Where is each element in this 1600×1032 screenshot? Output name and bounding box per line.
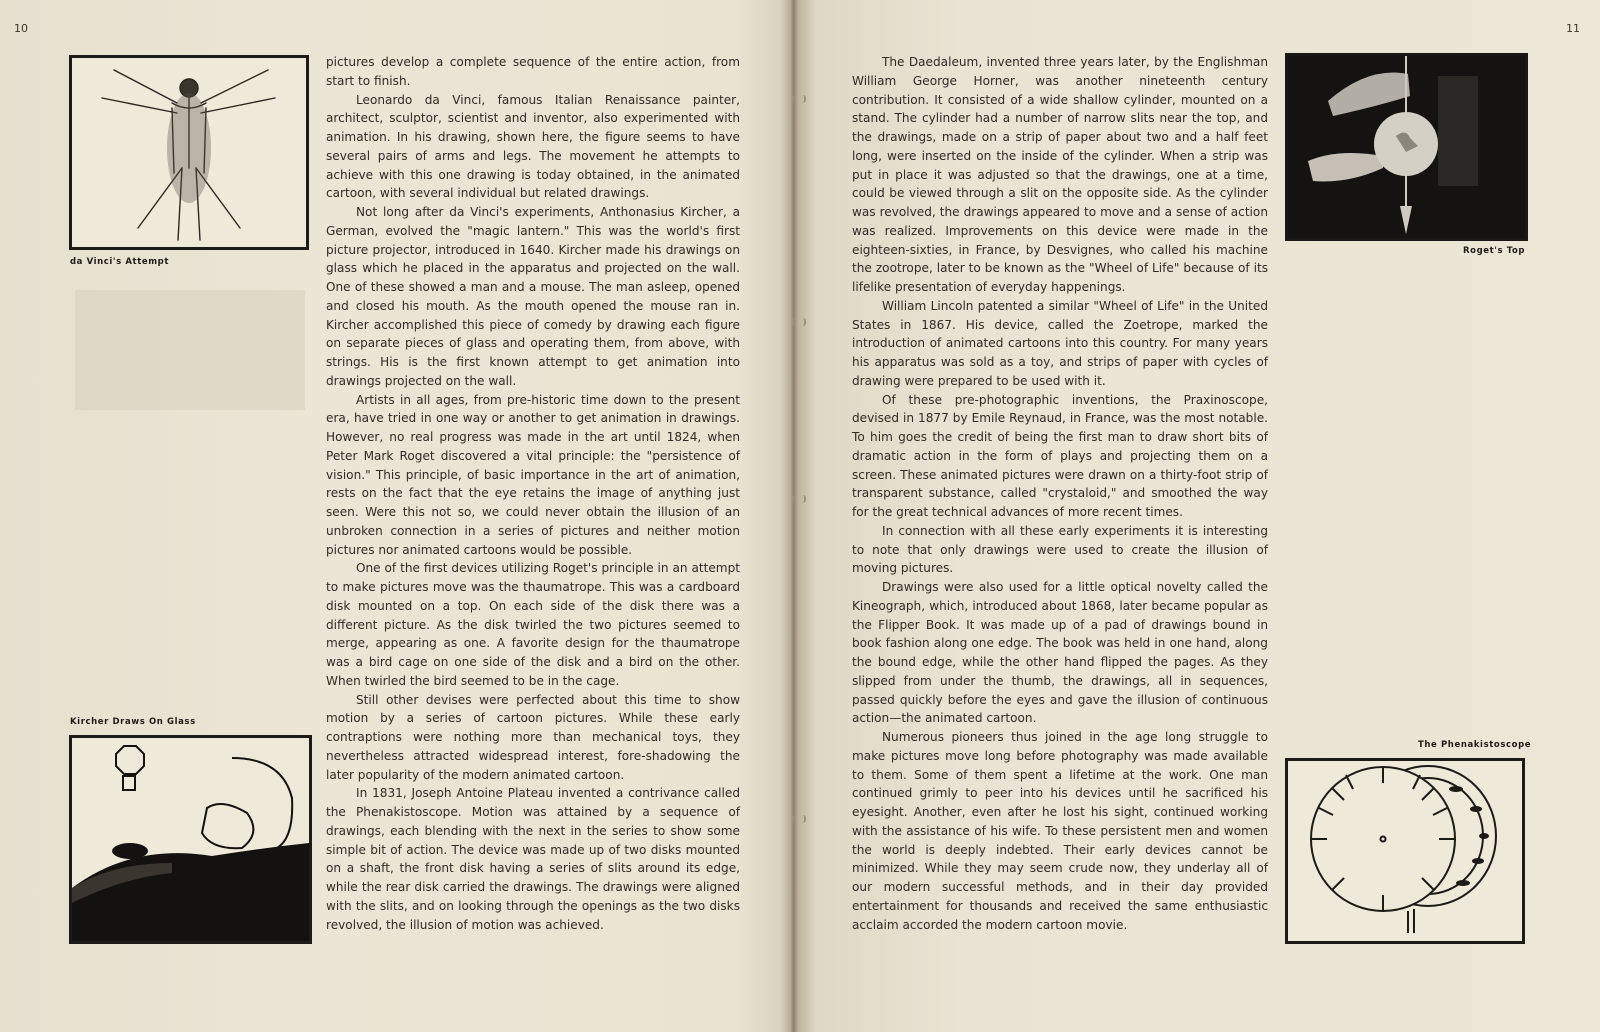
sleeping-man-mouse-icon [72, 738, 309, 941]
da-vinci-caption: da Vinci's Attempt [70, 257, 169, 267]
paragraph: Drawings were also used for a little opt… [852, 578, 1268, 728]
paragraph: In 1831, Joseph Antoine Plateau invented… [326, 784, 740, 934]
paragraph: pictures develop a complete sequence of … [326, 53, 740, 91]
binding-stitch [792, 95, 806, 103]
paragraph: Artists in all ages, from pre-historic t… [326, 391, 740, 560]
binding-stitch [792, 495, 806, 503]
page-number-right: 11 [1566, 22, 1580, 35]
paragraph: Still other devises were perfected about… [326, 691, 740, 785]
paragraph: Leonardo da Vinci, famous Italian Renais… [326, 91, 740, 204]
roget-top-figure [1285, 53, 1528, 241]
roget-top-caption: Roget's Top [1463, 246, 1525, 256]
spinning-top-icon [1288, 56, 1525, 238]
paragraph: One of the first devices utilizing Roget… [326, 559, 740, 690]
paragraph: Numerous pioneers thus joined in the age… [852, 728, 1268, 934]
da-vinci-figure [69, 55, 309, 250]
binding-stitch [792, 815, 806, 823]
left-page-text: pictures develop a complete sequence of … [326, 53, 740, 934]
phenakistoscope-caption: The Phenakistoscope [1418, 740, 1531, 750]
binding-stitch [792, 318, 806, 326]
kircher-caption: Kircher Draws On Glass [70, 717, 196, 727]
vitruvian-man-icon [72, 58, 306, 247]
paragraph: Not long after da Vinci's experiments, A… [326, 203, 740, 391]
right-page-text: The Daedaleum, invented three years late… [852, 53, 1268, 934]
book-spread: 10 11 da Vinci's Attempt Kircher Draws O… [0, 0, 1600, 1032]
paragraph: William Lincoln patented a similar "Whee… [852, 297, 1268, 391]
paragraph: The Daedaleum, invented three years late… [852, 53, 1268, 297]
phenakistoscope-figure [1285, 758, 1525, 944]
slotted-disk-icon [1288, 761, 1522, 941]
page-number-left: 10 [14, 22, 28, 35]
paragraph: In connection with all these early exper… [852, 522, 1268, 578]
show-through-ghost [75, 290, 305, 410]
kircher-figure [69, 735, 312, 944]
paragraph: Of these pre-photographic inventions, th… [852, 391, 1268, 522]
